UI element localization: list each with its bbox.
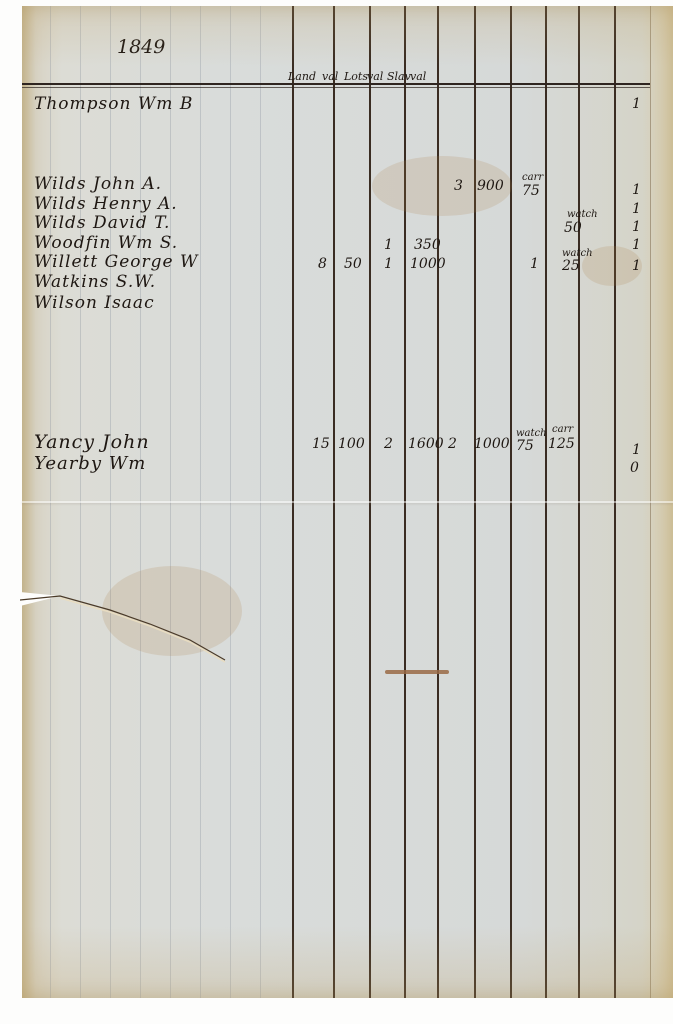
entry-poll: 1 [632, 442, 641, 458]
entry-poll: 1 [632, 182, 641, 198]
entry-name: Yancy John [34, 431, 150, 453]
entry-name: Wilds Henry A. [34, 194, 178, 214]
ledger-page: 1849 Land val Lots val Slav val Thompson… [22, 6, 673, 998]
entry-slaves-val: 1000 [474, 436, 510, 452]
header-slaves: Slav [387, 70, 411, 83]
header-land-val: val [322, 70, 338, 83]
entry-lots: 1 [384, 256, 393, 272]
entry-lots-val: 1600 [408, 436, 444, 452]
entry-extra: 1 [530, 256, 539, 272]
entry-lots-val: 350 [414, 237, 441, 253]
entry-name: Watkins S.W. [34, 272, 156, 292]
entry-poll: 1 [632, 96, 641, 112]
entry-carriage-note: carr [522, 172, 543, 183]
entry-slaves-val: 900 [477, 178, 504, 194]
entry-lots-val: 1000 [410, 256, 446, 272]
entry-carriage-val: 75 [522, 183, 540, 199]
entry-name: Wilds David T. [34, 213, 170, 233]
entry-watch-note: watch [567, 209, 598, 220]
entry-land: 15 [312, 436, 330, 452]
entry-lots: 2 [384, 436, 393, 452]
entry-land: 8 [318, 256, 327, 272]
header-rule [22, 87, 650, 88]
entry-land-val: 100 [338, 436, 365, 452]
entry-lots: 1 [384, 237, 393, 253]
entry-slaves: 3 [454, 178, 463, 194]
entry-carriage-val: 125 [548, 436, 575, 452]
entry-watch-val: 75 [516, 438, 534, 454]
header-land: Land [288, 70, 316, 83]
ledger-year: 1849 [117, 36, 165, 58]
entry-land-val: 50 [344, 256, 362, 272]
header-lots-val: val [367, 70, 383, 83]
stain [102, 566, 242, 656]
entry-name: Yearby Wm [34, 453, 146, 474]
entry-name: Wilson Isaac [34, 293, 155, 313]
entry-slaves: 2 [448, 436, 457, 452]
entry-name: Thompson Wm B [34, 94, 193, 114]
ink-dash-mark [385, 670, 449, 674]
entry-name: Woodfin Wm S. [34, 233, 178, 253]
entry-name: Willett George W [34, 252, 198, 272]
header-rule [22, 83, 650, 85]
entry-watch-val: 25 [562, 258, 580, 274]
entry-poll: 1 [632, 258, 641, 274]
fold-crease [22, 501, 673, 503]
entry-poll: 1 [632, 237, 641, 253]
header-slaves-val: val [410, 70, 426, 83]
header-lots: Lots [344, 70, 368, 83]
entry-poll: 1 [632, 201, 641, 217]
entry-watch-val: 50 [564, 220, 582, 236]
entry-poll: 0 [630, 460, 639, 476]
entry-poll: 1 [632, 219, 641, 235]
entry-name: Wilds John A. [34, 174, 162, 194]
entry-carriage-note: carr [552, 424, 573, 435]
